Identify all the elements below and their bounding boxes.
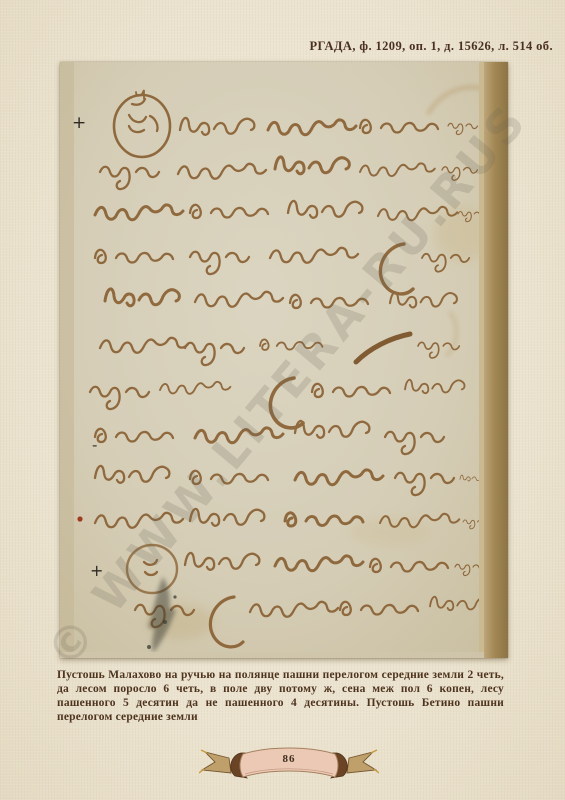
page-edge-highlight — [479, 62, 484, 658]
scan-left-edge-shade — [60, 62, 74, 658]
book-gutter-edge — [484, 62, 508, 658]
page-number-ribbon: 86 — [199, 743, 379, 787]
circled-initial-2 — [127, 545, 177, 593]
margin-red-dot-mark — [77, 516, 82, 521]
opening-initial — [114, 90, 170, 157]
photo-bottom-edge — [60, 652, 484, 658]
margin-cross-top-mark: + — [72, 113, 86, 133]
ribbon-tail-right — [347, 752, 376, 773]
manuscript-handwriting-svg: + - + — [60, 62, 508, 658]
transcription-caption: Пустошь Малахово на ручью на полянце паш… — [57, 668, 504, 724]
manuscript-photo: + - + — [60, 62, 508, 658]
page-number: 86 — [283, 753, 296, 765]
margin-cross-bottom-mark: + — [90, 561, 103, 580]
ribbon-tail-left — [202, 752, 231, 773]
archive-reference: РГАДА, ф. 1209, оп. 1, д. 15626, л. 514 … — [309, 39, 553, 54]
handwriting-ink — [90, 90, 490, 647]
margin-dash-mark: - — [92, 436, 97, 454]
